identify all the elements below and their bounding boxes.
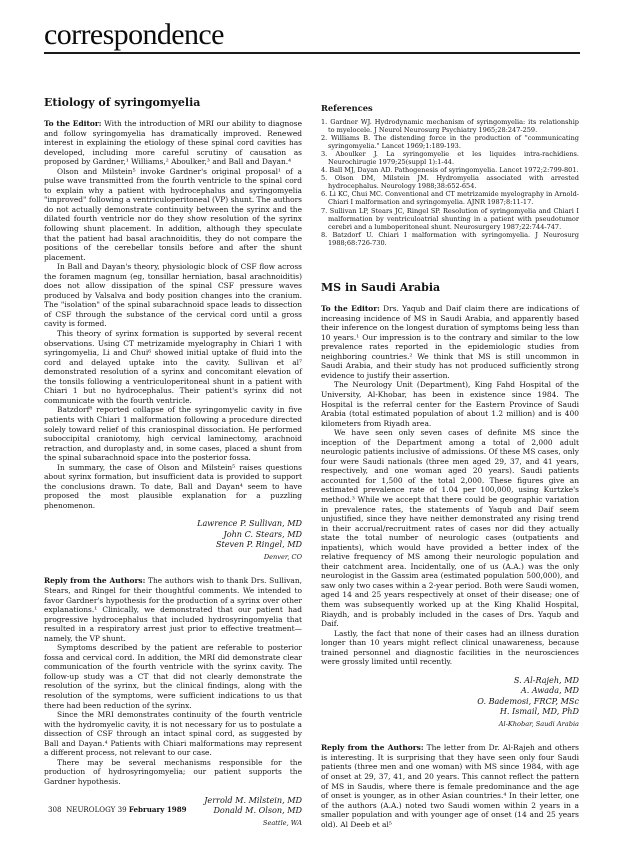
letter-paragraph: The Neurology Unit (Department), King Fa… [321,380,579,428]
signatory-location: Al-Khobar, Saudi Arabia [321,720,579,730]
reference-item: 2. Williams B. The distending force in t… [321,134,579,150]
reply-paragraph: Since the MRI demonstrates continuity of… [44,710,302,758]
article-title-ms-saudi-arabia: MS in Saudi Arabia [321,281,579,295]
journal-name: NEUROLOGY 39 [66,805,127,814]
reply-lead: Reply from the Authors: [321,743,424,752]
letter-lead: To the Editor: [44,119,102,128]
signature-block: Lawrence P. Sullivan, MD John C. Stears,… [44,518,302,562]
right-column: References 1. Gardner WJ. Hydrodynamic m… [321,104,579,829]
letter-paragraph: To the Editor: Drs. Yaqub and Daif claim… [321,304,579,380]
letter-paragraph: In summary, the case of Olson and Milste… [44,463,302,511]
reference-item: 1. Gardner WJ. Hydrodynamic mechanism of… [321,118,579,134]
page-footer: 308 NEUROLOGY 39 February 1989 [48,805,187,814]
reference-item: 7. Sullivan LP, Stears JC, Ringel SP. Re… [321,207,579,231]
reference-item: 6. Li KC, Chui MC. Conventional and CT m… [321,190,579,206]
signature-block: S. Al-Rajeh, MD A. Awada, MD O. Bademosi… [321,675,579,730]
masthead: correspondence [44,18,224,52]
article-title-syringomyelia: Etiology of syringomyelia [44,96,302,110]
signatory: S. Al-Rajeh, MD [321,675,579,686]
letter-paragraph: We have seen only seven cases of definit… [321,428,579,628]
reference-item: 5. Olson DM, Milstein JM. Hydromyelia as… [321,174,579,190]
signatory: H. Ismail, MD, PhD [321,706,579,717]
letter-paragraph: This theory of syrinx formation is suppo… [44,329,302,405]
signatory: Steven P. Ringel, MD [44,539,302,550]
left-column: Etiology of syringomyelia To the Editor:… [44,96,302,828]
reference-item: 8. Batzdorf U. Chiari I malformation wit… [321,231,579,247]
signatory-location: Denver, CO [44,553,302,563]
signatory: A. Awada, MD [321,685,579,696]
reply-paragraph: Reply from the Authors: The authors wish… [44,576,302,643]
reply-paragraph: Symptoms described by the patient are re… [44,643,302,710]
letter-lead: To the Editor: [321,304,380,313]
page-number: 308 [48,805,62,814]
signatory: O. Bademosi, FRCP, MSc [321,696,579,707]
references-heading: References [321,104,579,114]
issue-date: February 1989 [129,805,187,814]
letter-paragraph: To the Editor: With the introduction of … [44,119,302,167]
masthead-rule [44,52,580,54]
references-list: 1. Gardner WJ. Hydrodynamic mechanism of… [321,118,579,248]
letter-paragraph: Lastly, the fact that none of their case… [321,629,579,667]
signatory-location: Seattle, WA [44,819,302,829]
reply-paragraph: Reply from the Authors: The letter from … [321,743,579,829]
letter-paragraph: Olson and Milstein⁵ invoke Gardner's ori… [44,167,302,262]
reference-item: 4. Ball MJ, Dayan AD. Pathogenesis of sy… [321,166,579,174]
reply-lead: Reply from the Authors: [44,576,145,585]
letter-paragraph: Batzdorf⁸ reported collapse of the syrin… [44,405,302,462]
letter-paragraph: In Ball and Dayan's theory, physiologic … [44,262,302,329]
signatory: John C. Stears, MD [44,529,302,540]
reference-item: 3. Aboulker J. La syringomyelie et les l… [321,150,579,166]
reply-paragraph: There may be several mechanisms responsi… [44,758,302,787]
signatory: Jerrold M. Milstein, MD [44,795,302,806]
signatory: Lawrence P. Sullivan, MD [44,518,302,529]
